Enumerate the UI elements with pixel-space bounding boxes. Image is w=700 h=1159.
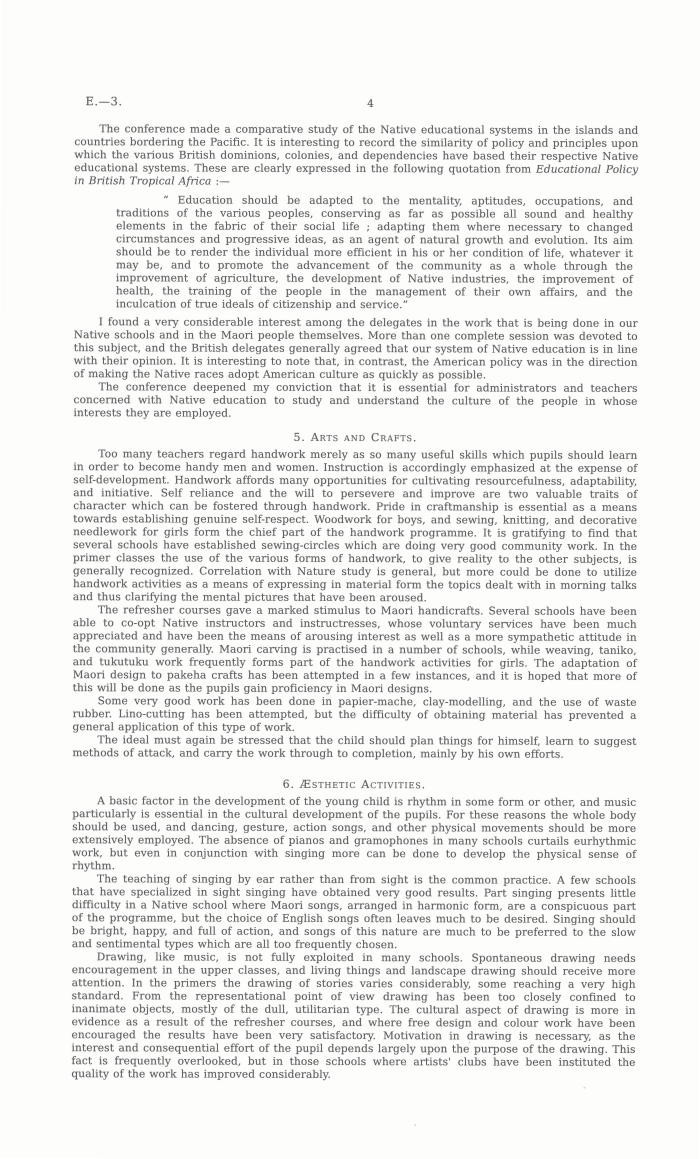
page-content: E.—3. 4 The conference made a comparativ… [71,95,638,1083]
paragraph-intro-2: I found a very considerable interest amo… [74,316,638,383]
scan-speckle [583,1087,585,1089]
page-header: E.—3. 4 [74,95,638,113]
paragraph-intro-1: The conference made a comparative study … [74,123,638,190]
paragraph-aesthetic-1: A basic factor in the development of the… [72,795,636,875]
page-number: 4 [88,97,652,112]
section-heading-arts-and-crafts: 5. Arts and Crafts. [73,430,637,445]
section-heading-aesthetic-activities: 6. Æsthetic Activities. [72,777,636,792]
paragraph-arts-4: The ideal must again be stressed that th… [72,734,636,762]
paragraph-arts-2: The refresher courses gave a marked stim… [73,604,637,697]
scan-speckle [469,1041,471,1043]
paragraph-arts-3: Some very good work has been done in pap… [73,695,637,736]
paragraph-intro-3: The conference deepened my conviction th… [74,381,638,422]
paragraph-arts-1: Too many teachers regard handwork merely… [73,448,637,606]
policy-quotation: “ Education should be adapted to the men… [116,194,633,313]
intro-1-tail: :— [211,176,229,188]
paragraph-aesthetic-2: The teaching of singing by ear rather th… [72,873,636,953]
scan-speckle [414,1124,416,1126]
paragraph-aesthetic-3: Drawing, like music, is not fully exploi… [71,951,635,1083]
scanned-page: E.—3. 4 The conference made a comparativ… [0,0,700,1159]
